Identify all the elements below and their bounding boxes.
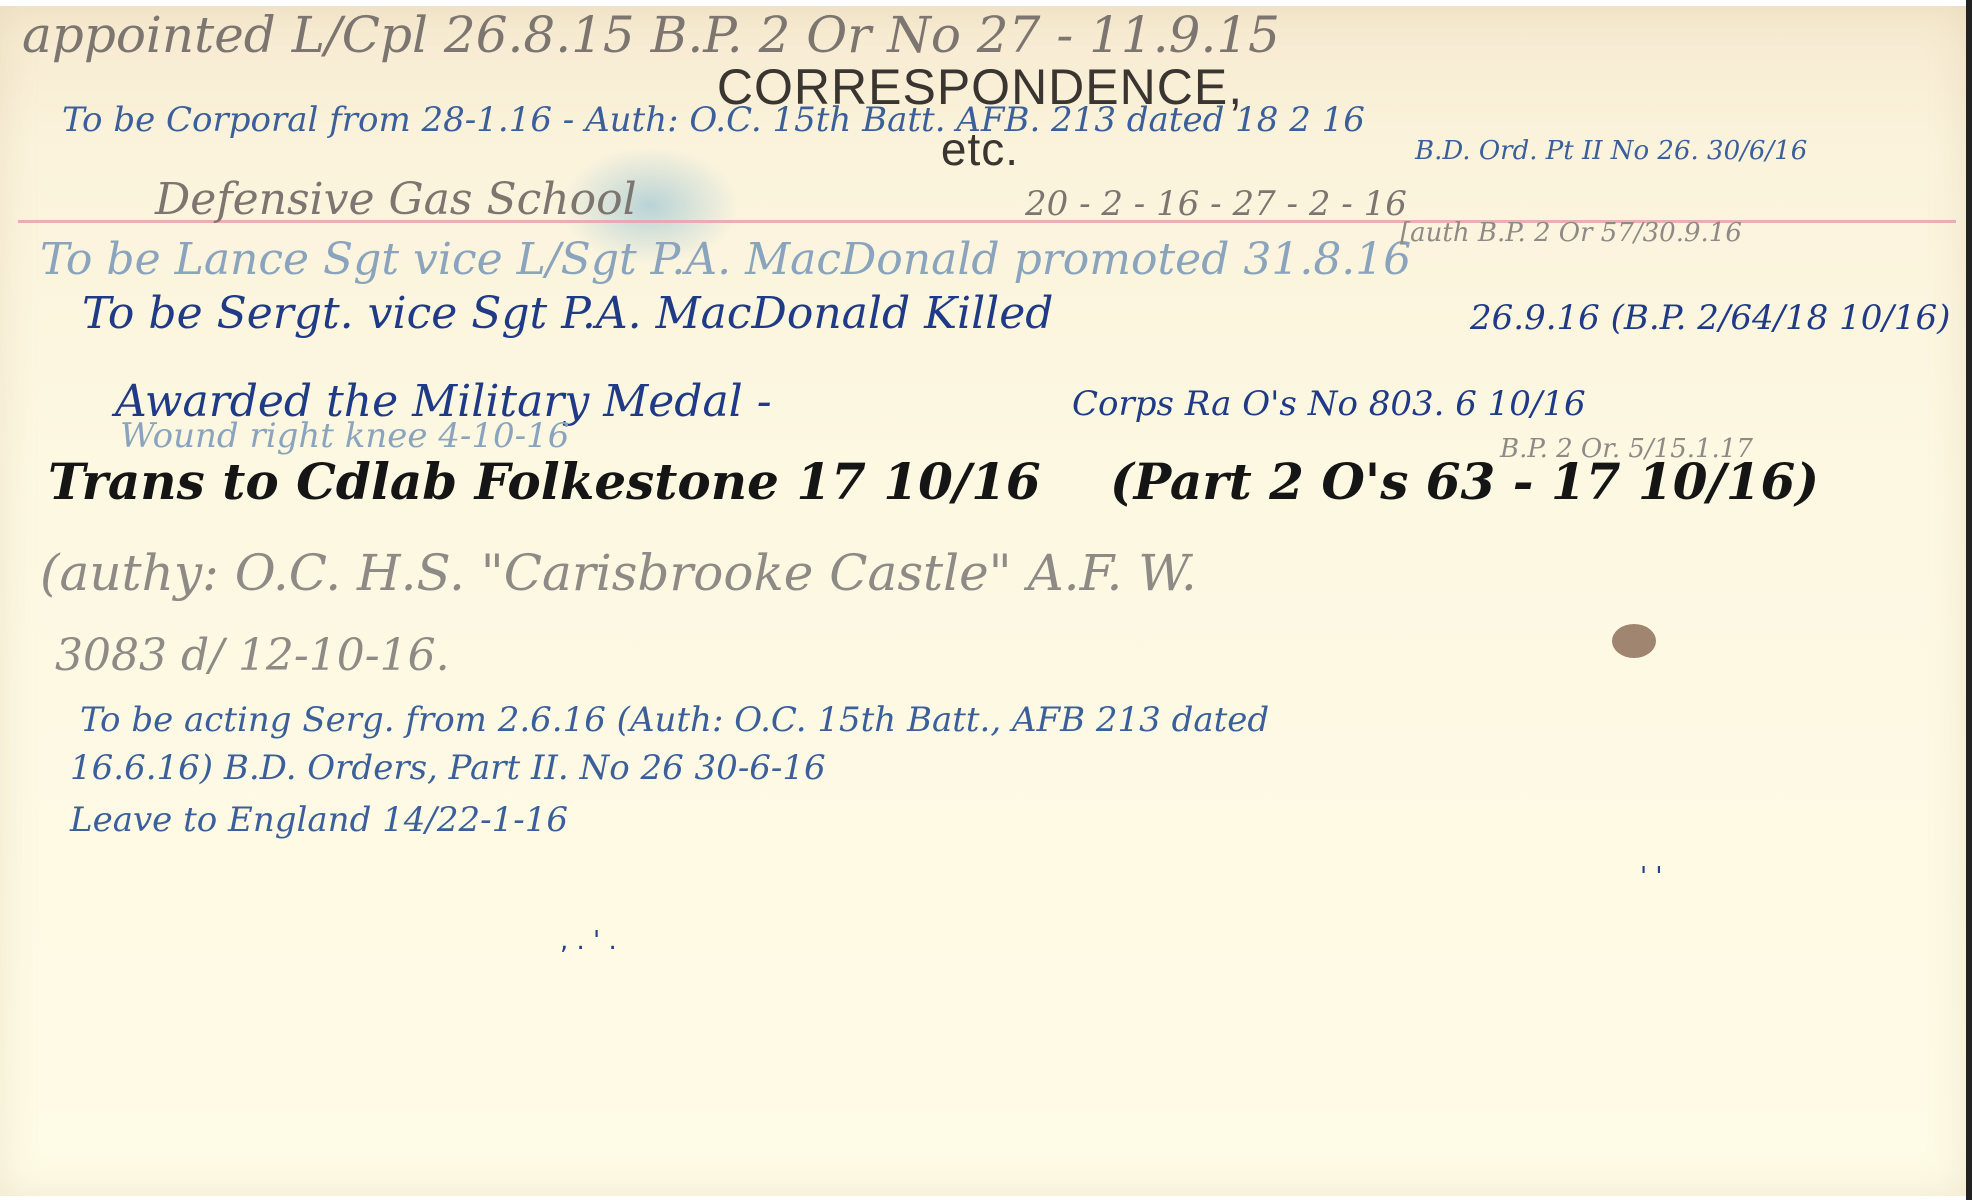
entry-acting-sergeant-cont: 16.6.16) B.D. Orders, Part II. No 26 30-… <box>70 748 826 788</box>
entry-leave: Leave to England 14/22-1-16 <box>70 800 568 840</box>
entry-corporal: To be Corporal from 28-1.16 - Auth: O.C.… <box>62 100 1365 140</box>
ink-marks: , . ' . <box>560 926 617 956</box>
entry-lance-sgt: To be Lance Sgt vice L/Sgt P.A. MacDonal… <box>40 234 1411 285</box>
entry-gas-school: Defensive Gas School <box>155 174 637 225</box>
entry-gas-school-dates: 20 - 2 - 16 - 27 - 2 - 16 <box>1025 184 1407 224</box>
entry-appointed: appointed L/Cpl 26.8.15 B.P. 2 Or No 27 … <box>22 6 1280 64</box>
record-card: CORRESPONDENCE, etc. appointed L/Cpl 26.… <box>0 6 1966 1196</box>
card-edge <box>1966 0 1972 1200</box>
entry-sergeant-date: 26.9.16 (B.P. 2/64/18 10/16) <box>1470 298 1950 338</box>
entry-transfer: Trans to Cdlab Folkestone 17 10/16 <box>48 452 1041 511</box>
entry-military-medal-ref: Corps Ra O's No 803. 6 10/16 <box>1072 384 1586 424</box>
entry-lance-sgt-ref: [auth B.P. 2 Or 57/30.9.16 <box>1400 218 1742 248</box>
entry-corporal-ref: B.D. Ord. Pt II No 26. 30/6/16 <box>1415 136 1807 166</box>
entry-authy: (authy: O.C. H.S. "Carisbrooke Castle" A… <box>40 544 1197 602</box>
entry-sergeant: To be Sergt. vice Sgt P.A. MacDonald Kil… <box>82 288 1053 339</box>
ink-blot <box>1612 624 1656 658</box>
entry-wound: Wound right knee 4-10-16 <box>120 416 569 456</box>
entry-authy-ref: 3083 d/ 12-10-16. <box>55 630 450 681</box>
entry-transfer-ref: (Part 2 O's 63 - 17 10/16) <box>1110 452 1819 511</box>
ink-marks: ' ' <box>1640 862 1663 892</box>
entry-acting-sergeant: To be acting Serg. from 2.6.16 (Auth: O.… <box>80 700 1269 740</box>
